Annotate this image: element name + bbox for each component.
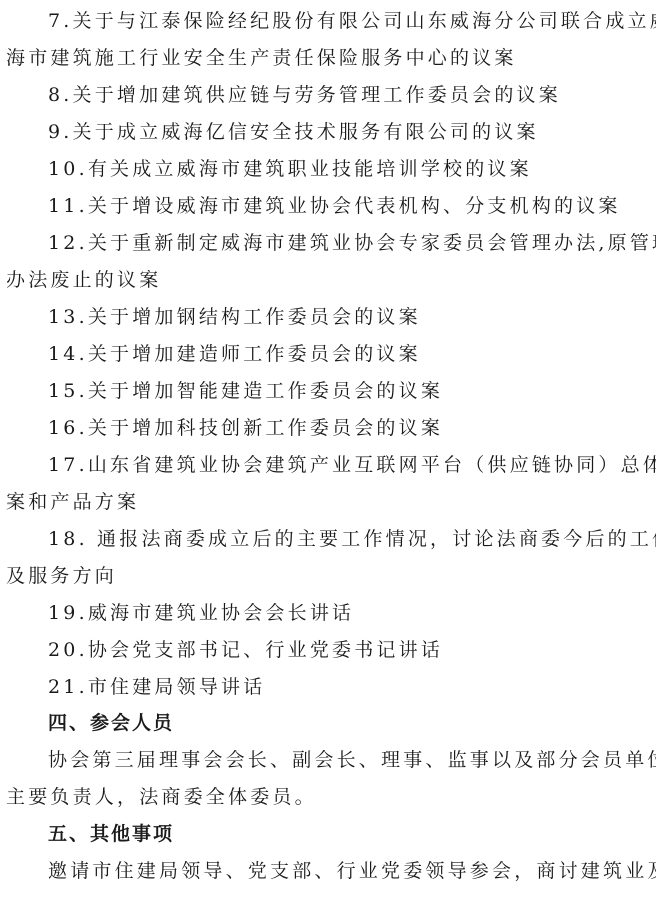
agenda-item-16: 16.关于增加科技创新工作委员会的议案 <box>48 416 650 440</box>
agenda-item-18-line-2: 及服务方向 <box>6 564 650 588</box>
agenda-item-14: 14.关于增加建造师工作委员会的议案 <box>48 342 650 366</box>
agenda-item-17-line-2: 案和产品方案 <box>6 490 650 514</box>
document-page: 7.关于与江泰保险经纪股份有限公司山东威海分公司联合成立威 海市建筑施工行业安全… <box>0 0 656 900</box>
agenda-item-8: 8.关于增加建筑供应链与劳务管理工作委员会的议案 <box>48 83 650 107</box>
agenda-item-12-line-2: 办法废止的议案 <box>6 268 650 292</box>
agenda-item-9: 9.关于成立威海亿信安全技术服务有限公司的议案 <box>48 120 650 144</box>
agenda-item-17-line-1: 17.山东省建筑业协会建筑产业互联网平台（供应链协同）总体方 <box>48 453 650 477</box>
agenda-item-15: 15.关于增加智能建造工作委员会的议案 <box>48 379 650 403</box>
section-5-text-line-1: 邀请市住建局领导、党支部、行业党委领导参会，商讨建筑业及 <box>48 859 650 883</box>
agenda-item-11: 11.关于增设威海市建筑业协会代表机构、分支机构的议案 <box>48 194 650 218</box>
agenda-item-21: 21.市住建局领导讲话 <box>48 675 650 699</box>
agenda-item-20: 20.协会党支部书记、行业党委书记讲话 <box>48 638 650 662</box>
section-4-text-line-1: 协会第三届理事会会长、副会长、理事、监事以及部分会员单位 <box>48 748 650 772</box>
agenda-item-13: 13.关于增加钢结构工作委员会的议案 <box>48 305 650 329</box>
agenda-item-7-line-1: 7.关于与江泰保险经纪股份有限公司山东威海分公司联合成立威 <box>48 9 650 33</box>
agenda-item-12-line-1: 12.关于重新制定威海市建筑业协会专家委员会管理办法,原管理 <box>48 231 650 255</box>
agenda-item-18-line-1: 18. 通报法商委成立后的主要工作情况，讨论法商委今后的工作 <box>48 527 650 551</box>
agenda-item-10: 10.有关成立威海市建筑职业技能培训学校的议案 <box>48 157 650 181</box>
agenda-item-7-line-2: 海市建筑施工行业安全生产责任保险服务中心的议案 <box>6 46 650 70</box>
agenda-item-19: 19.威海市建筑业协会会长讲话 <box>48 601 650 625</box>
section-4-text-line-2: 主要负责人，法商委全体委员。 <box>6 785 650 809</box>
section-5-heading: 五、其他事项 <box>48 822 650 846</box>
section-4-heading: 四、参会人员 <box>48 711 650 735</box>
